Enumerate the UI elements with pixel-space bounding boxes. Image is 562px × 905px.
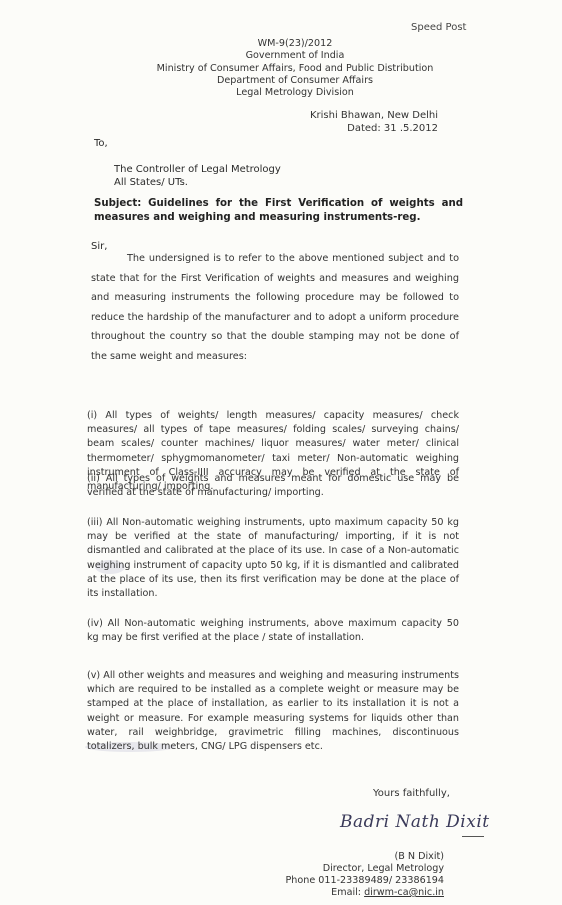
- email-link[interactable]: dirwm-ca@nic.in: [364, 887, 444, 898]
- scanned-letter-page: Speed Post WM-9(23)/2012 Government of I…: [0, 0, 562, 905]
- handwritten-signature: Badri Nath Dixit: [340, 812, 490, 832]
- division-name: Legal Metrology Division: [150, 87, 440, 99]
- intro-paragraph: The undersigned is to refer to the above…: [91, 249, 459, 367]
- clause-iii: (iii) All Non-automatic weighing instrum…: [87, 516, 459, 601]
- clause-v: (v) All other weights and measures and w…: [87, 669, 459, 754]
- ministry-name: Ministry of Consumer Affairs, Food and P…: [150, 63, 440, 75]
- letter-date: Dated: 31 .5.2012: [347, 123, 438, 134]
- letterhead: WM-9(23)/2012 Government of India Minist…: [150, 38, 440, 99]
- intro-text: The undersigned is to refer to the above…: [91, 253, 459, 362]
- subject-line: Subject: Guidelines for the First Verifi…: [94, 197, 463, 225]
- department-name: Department of Consumer Affairs: [150, 75, 440, 87]
- to-label: To,: [94, 138, 108, 149]
- file-reference: WM-9(23)/2012: [150, 38, 440, 50]
- government-name: Government of India: [150, 50, 440, 62]
- signature-block: (B N Dixit) Director, Legal Metrology Ph…: [286, 851, 444, 899]
- complimentary-close: Yours faithfully,: [373, 788, 450, 799]
- dispatch-mode: Speed Post: [411, 22, 466, 33]
- signatory-designation: Director, Legal Metrology: [286, 863, 444, 875]
- signatory-email-line: Email: dirwm-ca@nic.in: [286, 887, 444, 899]
- signatory-name: (B N Dixit): [286, 851, 444, 863]
- clause-ii: (ii) All types of weights and measures m…: [87, 472, 459, 500]
- signatory-phone: Phone 011-23389489/ 23386194: [286, 875, 444, 887]
- email-label: Email:: [331, 887, 364, 898]
- addressee-line: All States/ UTs.: [114, 176, 281, 189]
- signature-underline: [462, 836, 484, 837]
- clause-iv: (iv) All Non-automatic weighing instrume…: [87, 617, 459, 645]
- addressee-line: The Controller of Legal Metrology: [114, 163, 281, 176]
- letter-place: Krishi Bhawan, New Delhi: [310, 110, 438, 121]
- addressee-block: The Controller of Legal Metrology All St…: [114, 163, 281, 189]
